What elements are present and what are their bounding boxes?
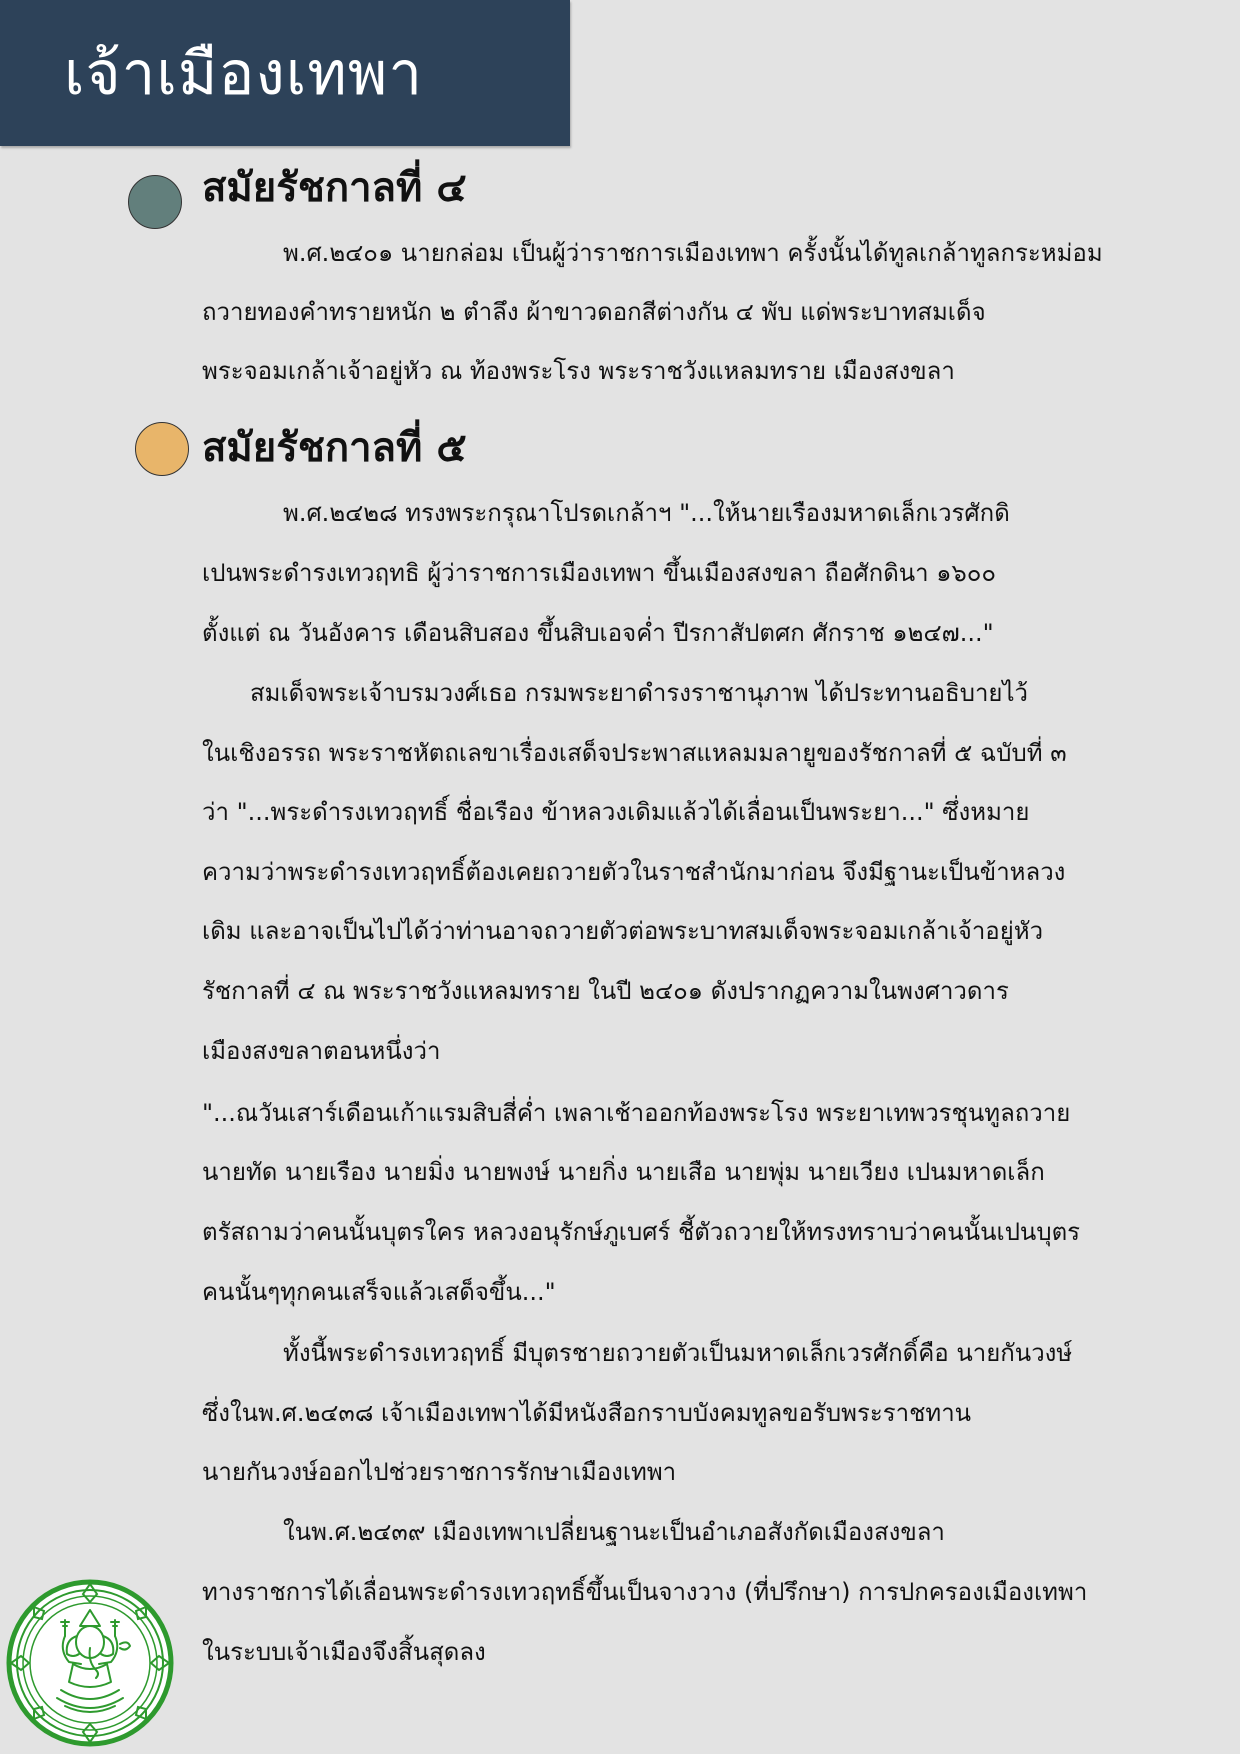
text-line: ซึ่งในพ.ศ.๒๔๓๘ เจ้าเมืองเทพาได้มีหนังสือ…: [202, 1396, 971, 1430]
text-line: ในเชิงอรรถ พระราชหัตถเลขาเรื่องเสด็จประพ…: [202, 736, 1067, 770]
ganesha-seal-icon: [5, 1578, 175, 1748]
text-line: เดิม และอาจเป็นไปได้ว่าท่านอาจถวายตัวต่อ…: [202, 914, 1043, 948]
quote-line: ตรัสถามว่าคนนั้นบุตรใคร หลวงอนุรักษ์ภูเบ…: [202, 1215, 1080, 1249]
text-line: ในระบบเจ้าเมืองจึงสิ้นสุดลง: [202, 1635, 486, 1669]
title-banner: เจ้าเมืองเทพา: [0, 0, 570, 146]
text-line: พระจอมเกล้าเจ้าอยู่หัว ณ ท้องพระโรง พระร…: [202, 354, 955, 388]
quote-line: คนนั้นๆทุกคนเสร็จแล้วเสด็จขึ้น...": [202, 1275, 556, 1309]
text-line: พ.ศ.๒๔๐๑ นายกล่อม เป็นผู้ว่าราชการเมืองเ…: [283, 236, 1103, 270]
text-line: รัชกาลที่ ๔ ณ พระราชวังแหลมทราย ในปี ๒๔๐…: [202, 974, 1009, 1008]
text-line: ในพ.ศ.๒๔๓๙ เมืองเทพาเปลี่ยนฐานะเป็นอำเภอ…: [283, 1515, 945, 1549]
text-line: ถวายทองคำทรายหนัก ๒ ตำลึง ผ้าขาวดอกสีต่า…: [202, 295, 986, 329]
section-heading-reign5: สมัยรัชกาลที่ ๕: [202, 420, 467, 476]
text-line: พ.ศ.๒๔๒๘ ทรงพระกรุณาโปรดเกล้าฯ "...ให้นา…: [283, 496, 1010, 530]
text-line: สมเด็จพระเจ้าบรมวงศ์เธอ กรมพระยาดำรงราชา…: [250, 676, 1028, 710]
text-line: ทางราชการได้เลื่อนพระดำรงเทวฤทธิ์ขึ้นเป็…: [202, 1575, 1087, 1609]
text-line: ทั้งนี้พระดำรงเทวฤทธิ์ มีบุตรชายถวายตัวเ…: [283, 1336, 1072, 1370]
bullet-reign5-icon: [135, 422, 189, 476]
page-title: เจ้าเมืองเทพา: [64, 34, 423, 114]
text-line: นายกันวงษ์ออกไปช่วยราชการรักษาเมืองเทพา: [202, 1455, 676, 1489]
text-line: ว่า "...พระดำรงเทวฤทธิ์ ชื่อเรือง ข้าหลว…: [202, 795, 1029, 829]
bullet-reign4-icon: [128, 175, 182, 229]
text-line: เมืองสงขลาตอนหนึ่งว่า: [202, 1034, 440, 1068]
text-line: ความว่าพระดำรงเทวฤทธิ์ต้องเคยถวายตัวในรา…: [202, 855, 1065, 889]
quote-line: นายทัด นายเรือง นายมิ่ง นายพงษ์ นายกิ่ง …: [202, 1155, 1045, 1189]
section-heading-reign4: สมัยรัชกาลที่ ๔: [202, 160, 467, 216]
text-line: ตั้งแต่ ณ วันอังคาร เดือนสิบสอง ขึ้นสิบเ…: [202, 616, 994, 650]
text-line: เปนพระดำรงเทวฤทธิ ผู้ว่าราชการเมืองเทพา …: [202, 556, 996, 590]
quote-line: "...ณวันเสาร์เดือนเก้าแรมสิบสี่ค่ำ เพลาเ…: [202, 1096, 1070, 1130]
